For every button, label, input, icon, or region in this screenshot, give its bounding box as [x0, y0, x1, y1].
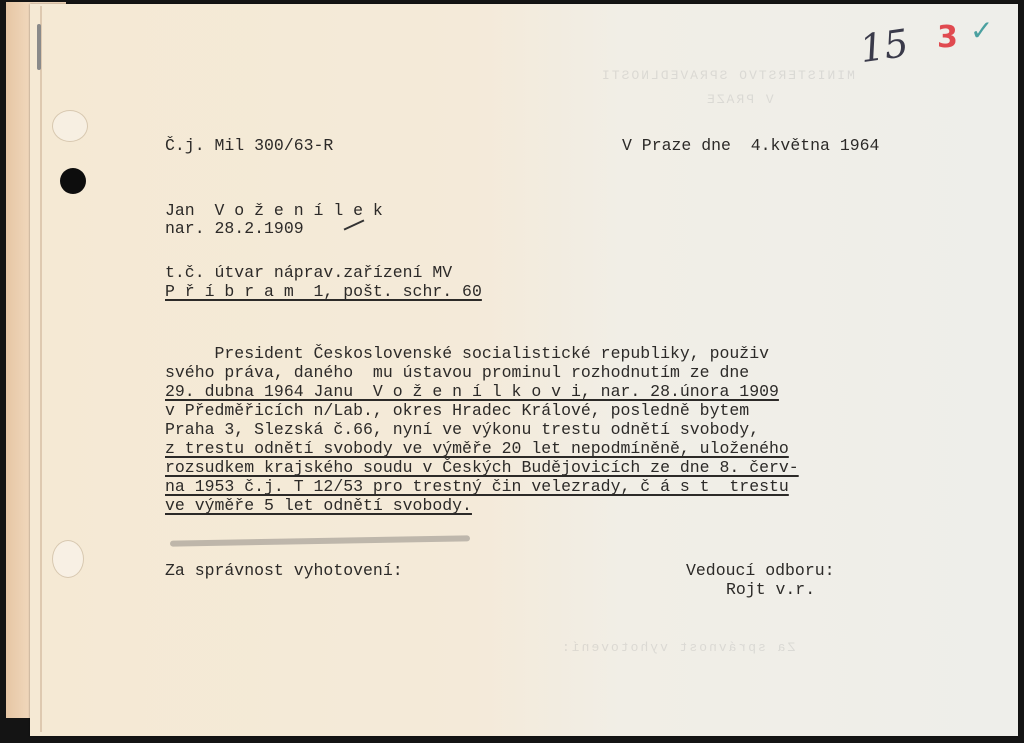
punch-hole-top [60, 168, 86, 194]
place-date: V Praze dne 4.května 1964 [622, 137, 879, 154]
certification-label: Za správnost vyhotovení: [165, 562, 403, 579]
body-line: na 1953 č.j. T 12/53 pro trestný čin vel… [165, 478, 789, 495]
recipient-address: P ř í b r a m 1, pošt. schr. 60 [165, 283, 482, 300]
body-line: President Československé socialistické r… [165, 345, 769, 362]
handwritten-page-number: 15 [857, 21, 911, 71]
body-line: 29. dubna 1964 Janu V o ž e n í l k o v … [165, 383, 779, 400]
head-signature: Rojt v.r. [726, 581, 815, 598]
head-title: Vedoucí odboru: [686, 562, 835, 579]
red-stamp-number: 3 [937, 20, 958, 55]
recipient-name: Jan V o ž e n í l e k [165, 202, 383, 219]
recipient-birth: nar. 28.2.1909 [165, 220, 304, 237]
body-line: Praha 3, Slezská č.66, nyní ve výkonu tr… [165, 421, 759, 438]
punch-hole-bottom [52, 540, 84, 578]
body-line: rozsudkem krajského soudu v Českých Budě… [165, 459, 799, 476]
punch-hole-top-outline [52, 110, 88, 142]
check-mark-icon: ✓ [970, 14, 993, 47]
bleed-through-header: MINISTERSTVO SPRAVEDLNOSTI [600, 68, 855, 83]
reference-number: Č.j. Mil 300/63-R [165, 137, 333, 154]
body-line: v Předměřicích n/Lab., okres Hradec Král… [165, 402, 749, 419]
staple [37, 24, 41, 70]
recipient-facility: t.č. útvar náprav.zařízení MV [165, 264, 452, 281]
bleed-through-subheader: V PRAZE [705, 92, 774, 107]
body-line: svého práva, daného mu ústavou prominul … [165, 364, 749, 381]
body-line: z trestu odnětí svobody ve výměře 20 let… [165, 440, 789, 457]
bleed-through-sign: Za správnost vyhotovení: [560, 640, 795, 655]
body-line: ve výměře 5 let odnětí svobody. [165, 497, 472, 514]
page-fold [40, 6, 42, 732]
